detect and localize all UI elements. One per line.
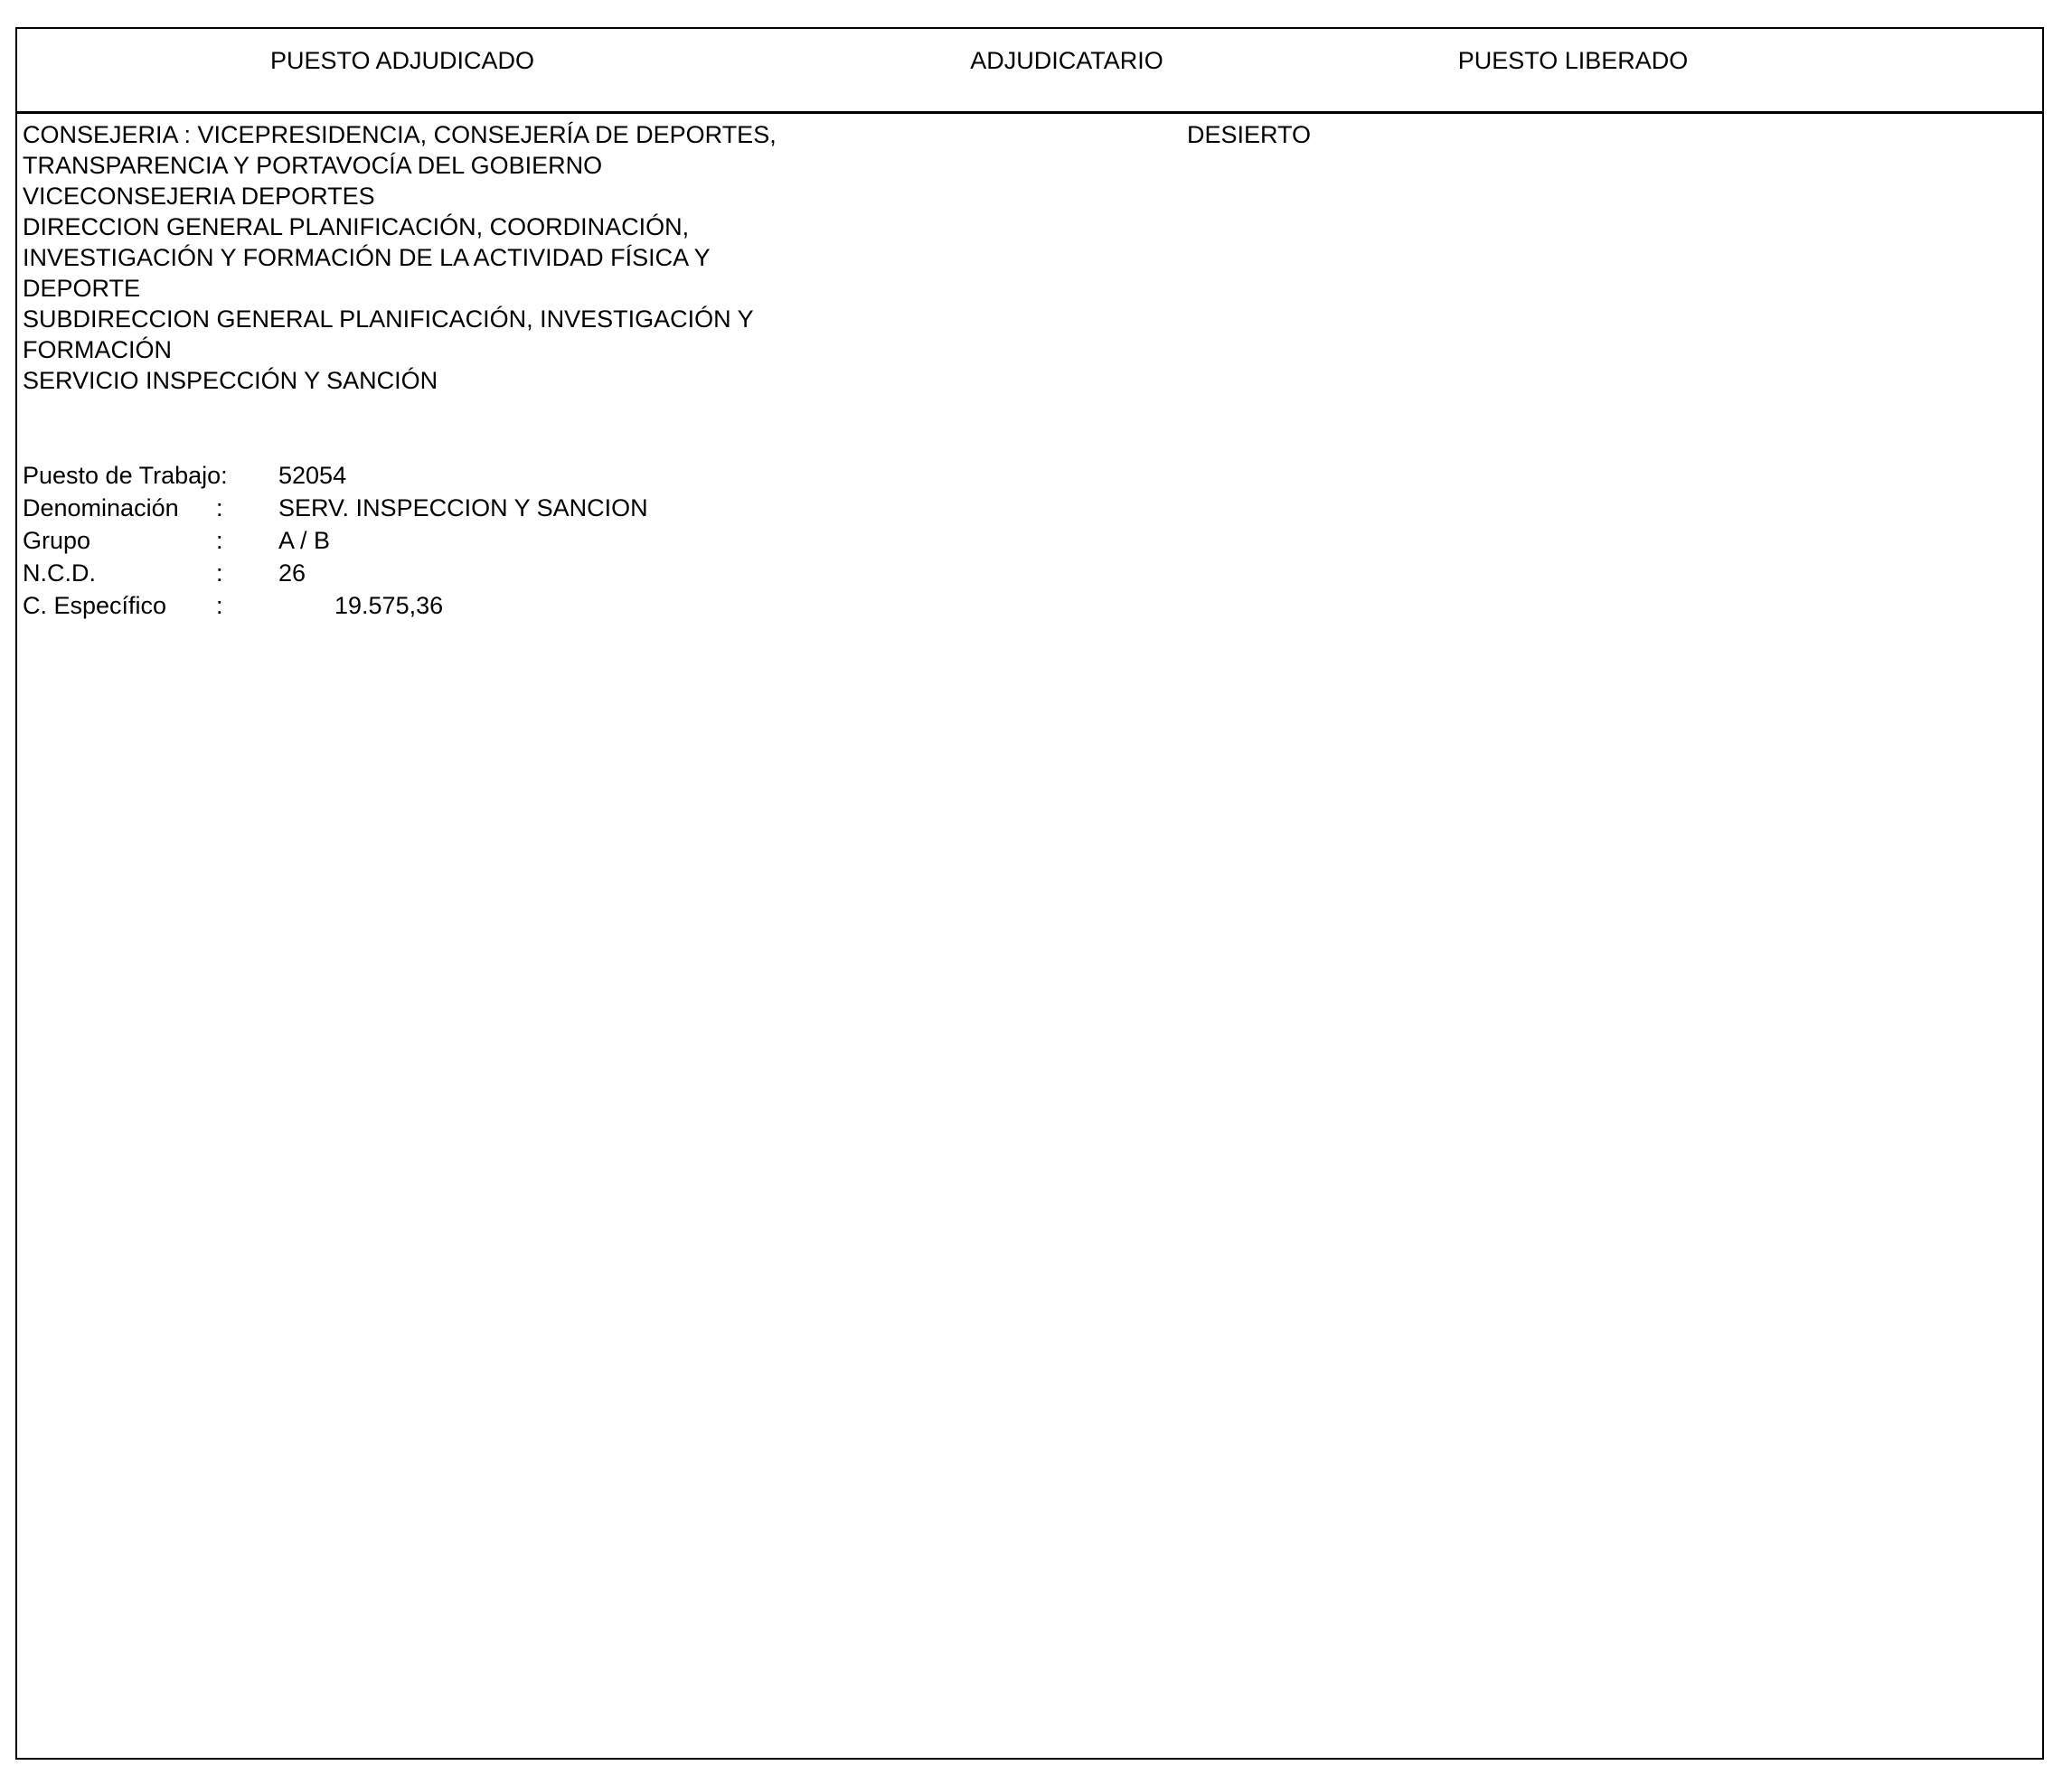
field-colon: :: [216, 524, 223, 557]
org-line: SUBDIRECCION GENERAL PLANIFICACIÓN, INVE…: [23, 304, 777, 334]
field-value: SERV. INSPECCION Y SANCION: [278, 492, 648, 524]
field-label: N.C.D.: [23, 557, 96, 589]
field-label: Puesto de Trabajo:: [23, 459, 228, 492]
column-header-puesto-liberado: PUESTO LIBERADO: [1458, 45, 1689, 76]
org-line: DEPORTE: [23, 273, 777, 304]
header-divider: [15, 111, 2044, 114]
org-line: SERVICIO INSPECCIÓN Y SANCIÓN: [23, 365, 777, 396]
field-label: C. Específico: [23, 589, 166, 622]
org-line: INVESTIGACIÓN Y FORMACIÓN DE LA ACTIVIDA…: [23, 242, 777, 273]
org-line: FORMACIÓN: [23, 334, 777, 365]
org-line: CONSEJERIA : VICEPRESIDENCIA, CONSEJERÍA…: [23, 119, 777, 150]
column-header-adjudicatario: ADJUDICATARIO: [970, 45, 1163, 76]
field-value: 26: [278, 557, 306, 589]
field-colon: :: [216, 492, 223, 524]
org-line: TRANSPARENCIA Y PORTAVOCÍA DEL GOBIERNO: [23, 150, 777, 181]
field-label: Denominación: [23, 492, 179, 524]
field-value: A / B: [278, 524, 330, 557]
column-header-puesto-adjudicado: PUESTO ADJUDICADO: [270, 45, 534, 76]
field-value: 19.575,36: [334, 589, 443, 622]
org-line: DIRECCION GENERAL PLANIFICACIÓN, COORDIN…: [23, 211, 777, 242]
organization-block: CONSEJERIA : VICEPRESIDENCIA, CONSEJERÍA…: [23, 119, 777, 396]
field-value: 52054: [278, 459, 346, 492]
field-label: Grupo: [23, 524, 90, 557]
adjudicatario-value: DESIERTO: [1187, 119, 1311, 150]
field-colon: :: [216, 557, 223, 589]
field-colon: :: [216, 589, 223, 622]
org-line: VICECONSEJERIA DEPORTES: [23, 181, 777, 211]
